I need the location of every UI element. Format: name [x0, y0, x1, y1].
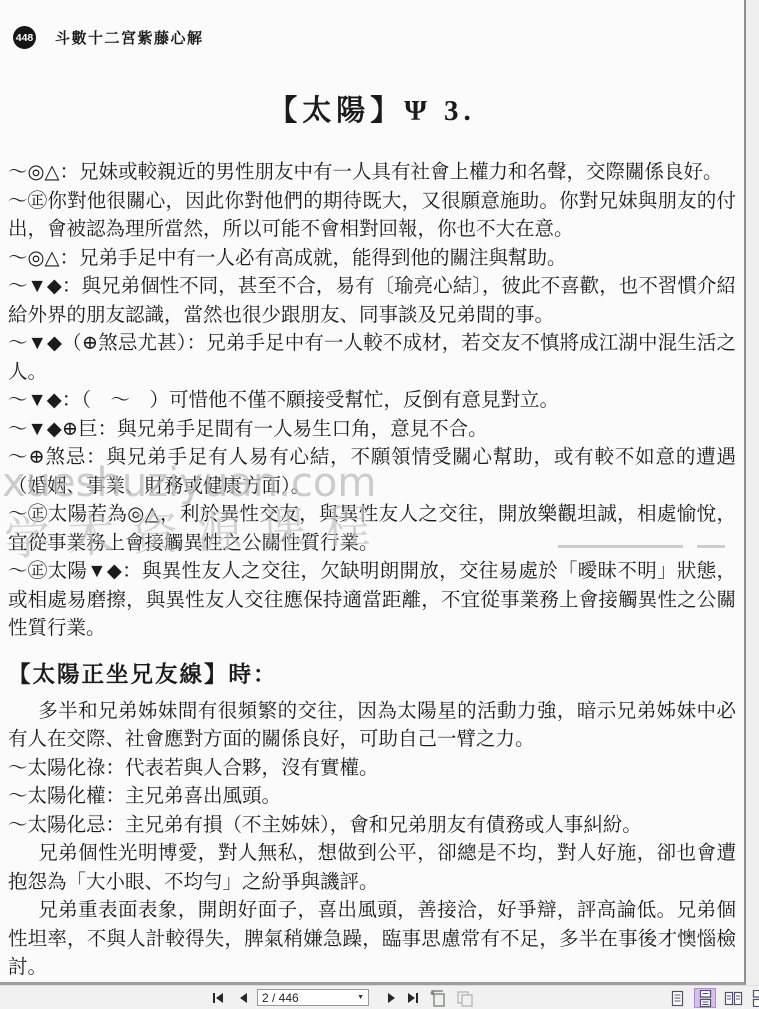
layout-continuous-button[interactable]	[694, 988, 716, 1008]
two-page-icon	[724, 990, 743, 1007]
paragraph: 兄弟個性光明博愛，對人無私，想做到公平，卻總是不均，對人好施，卻也會遭抱怨為「大…	[8, 840, 736, 897]
next-page-button[interactable]	[381, 988, 401, 1008]
paragraph: ～太陽化忌：主兄弟有損（不主姊妹），會和兄弟朋友有債務或人事糾紛。	[8, 812, 736, 841]
layout-single-page-button[interactable]	[666, 988, 688, 1008]
main-paragraphs: ～◎△：兄妹或較親近的男性朋友中有一人具有社會上權力和名聲，交際關係良好。～㊣你…	[8, 159, 736, 644]
previous-view-icon	[429, 989, 449, 1007]
layout-two-page-continuous-button[interactable]	[750, 988, 759, 1008]
paragraph: 兄弟重表面表象，開朗好面子，喜出風頭，善接洽，好爭辯，評高論低。兄弟個性坦率，不…	[8, 897, 736, 983]
scrollbar-track[interactable]	[746, 0, 759, 985]
page-indicator: 2 / 446	[262, 991, 357, 1005]
single-page-icon	[670, 990, 685, 1007]
chevron-down-icon: ▼	[357, 994, 364, 1001]
paragraph: ～◎△：兄弟手足中有一人必有高成就，能得到他的關注與幫助。	[8, 245, 736, 274]
next-view-icon	[455, 989, 475, 1007]
paragraph: ～㊣你對他很關心，因此你對他們的期待既大，又很願意施助。你對兄妹與朋友的付出，會…	[8, 188, 736, 245]
page-number-combobox[interactable]: 2 / 446 ▼	[257, 989, 369, 1006]
last-page-icon	[407, 992, 419, 1004]
document-page: 448 斗數十二宮紫藤心解 【太陽】Ψ 3. ～◎△：兄妹或較親近的男性朋友中有…	[0, 0, 746, 985]
scan-artifact	[697, 545, 725, 548]
chapter-title: 【太陽】Ψ 3.	[8, 88, 736, 129]
paragraph: ～㊣太陽若為◎△，利於異性交友，與異性友人之交往，開放樂觀坦誠，相處愉悅，宜從事…	[8, 501, 736, 558]
layout-two-page-button[interactable]	[722, 988, 744, 1008]
section-heading: 【太陽正坐兄友線】時：	[8, 657, 736, 689]
scan-artifact	[558, 545, 683, 548]
previous-page-icon	[238, 992, 250, 1004]
paragraph: ～⊕煞忌：與兄弟手足有人易有心結，不願領情受關心幫助，或有較不如意的遭遇（婚姻、…	[8, 444, 736, 501]
first-page-button[interactable]	[208, 988, 228, 1008]
pdf-viewer-window: { "colors": { "toolbar_bg": "#f1f1f1", "…	[0, 0, 759, 1009]
next-page-icon	[385, 992, 397, 1004]
first-page-icon	[212, 992, 224, 1004]
paragraph: ～▼◆：與兄弟個性不同，甚至不合，易有〔瑜亮心結〕，彼此不喜歡，也不習慣介紹給外…	[8, 273, 736, 330]
paragraph: ～▼◆（⊕煞忌尤甚）：兄弟手足中有一人較不成材，若交友不慎將成江湖中混生活之人。	[8, 330, 736, 387]
previous-page-button[interactable]	[234, 988, 254, 1008]
paragraph: ～▼◆⊕巨：與兄弟手足間有一人易生口角，意見不合。	[8, 416, 736, 445]
paragraph: 多半和兄弟姊妹間有很頻繁的交往，因為太陽星的活動力強，暗示兄弟姊妹中必有人在交際…	[8, 698, 736, 755]
section-paragraphs: 多半和兄弟姊妹間有很頻繁的交往，因為太陽星的活動力強，暗示兄弟姊妹中必有人在交際…	[8, 698, 736, 983]
continuous-scroll-icon	[698, 990, 713, 1007]
paragraph: ～㊣太陽▼◆：與異性友人之交往，欠缺明朗開放，交往易處於「曖昧不明」狀態，或相處…	[8, 558, 736, 644]
two-page-continuous-icon	[752, 990, 759, 1007]
paragraph: ～太陽化權：主兄弟喜出風頭。	[8, 783, 736, 812]
paragraph: ～太陽化祿：代表若與人合夥，沒有實權。	[8, 755, 736, 784]
previous-view-button[interactable]	[428, 988, 450, 1008]
paragraph: ～▼◆：（ ～ ）可惜他不僅不願接受幫忙，反倒有意見對立。	[8, 387, 736, 416]
viewer-toolbar: 2 / 446 ▼	[0, 985, 759, 1009]
last-page-button[interactable]	[403, 988, 423, 1008]
page-content: 【太陽】Ψ 3. ～◎△：兄妹或較親近的男性朋友中有一人具有社會上權力和名聲，交…	[0, 0, 744, 983]
next-view-button[interactable]	[454, 988, 476, 1008]
paragraph: ～◎△：兄妹或較親近的男性朋友中有一人具有社會上權力和名聲，交際關係良好。	[8, 159, 736, 188]
